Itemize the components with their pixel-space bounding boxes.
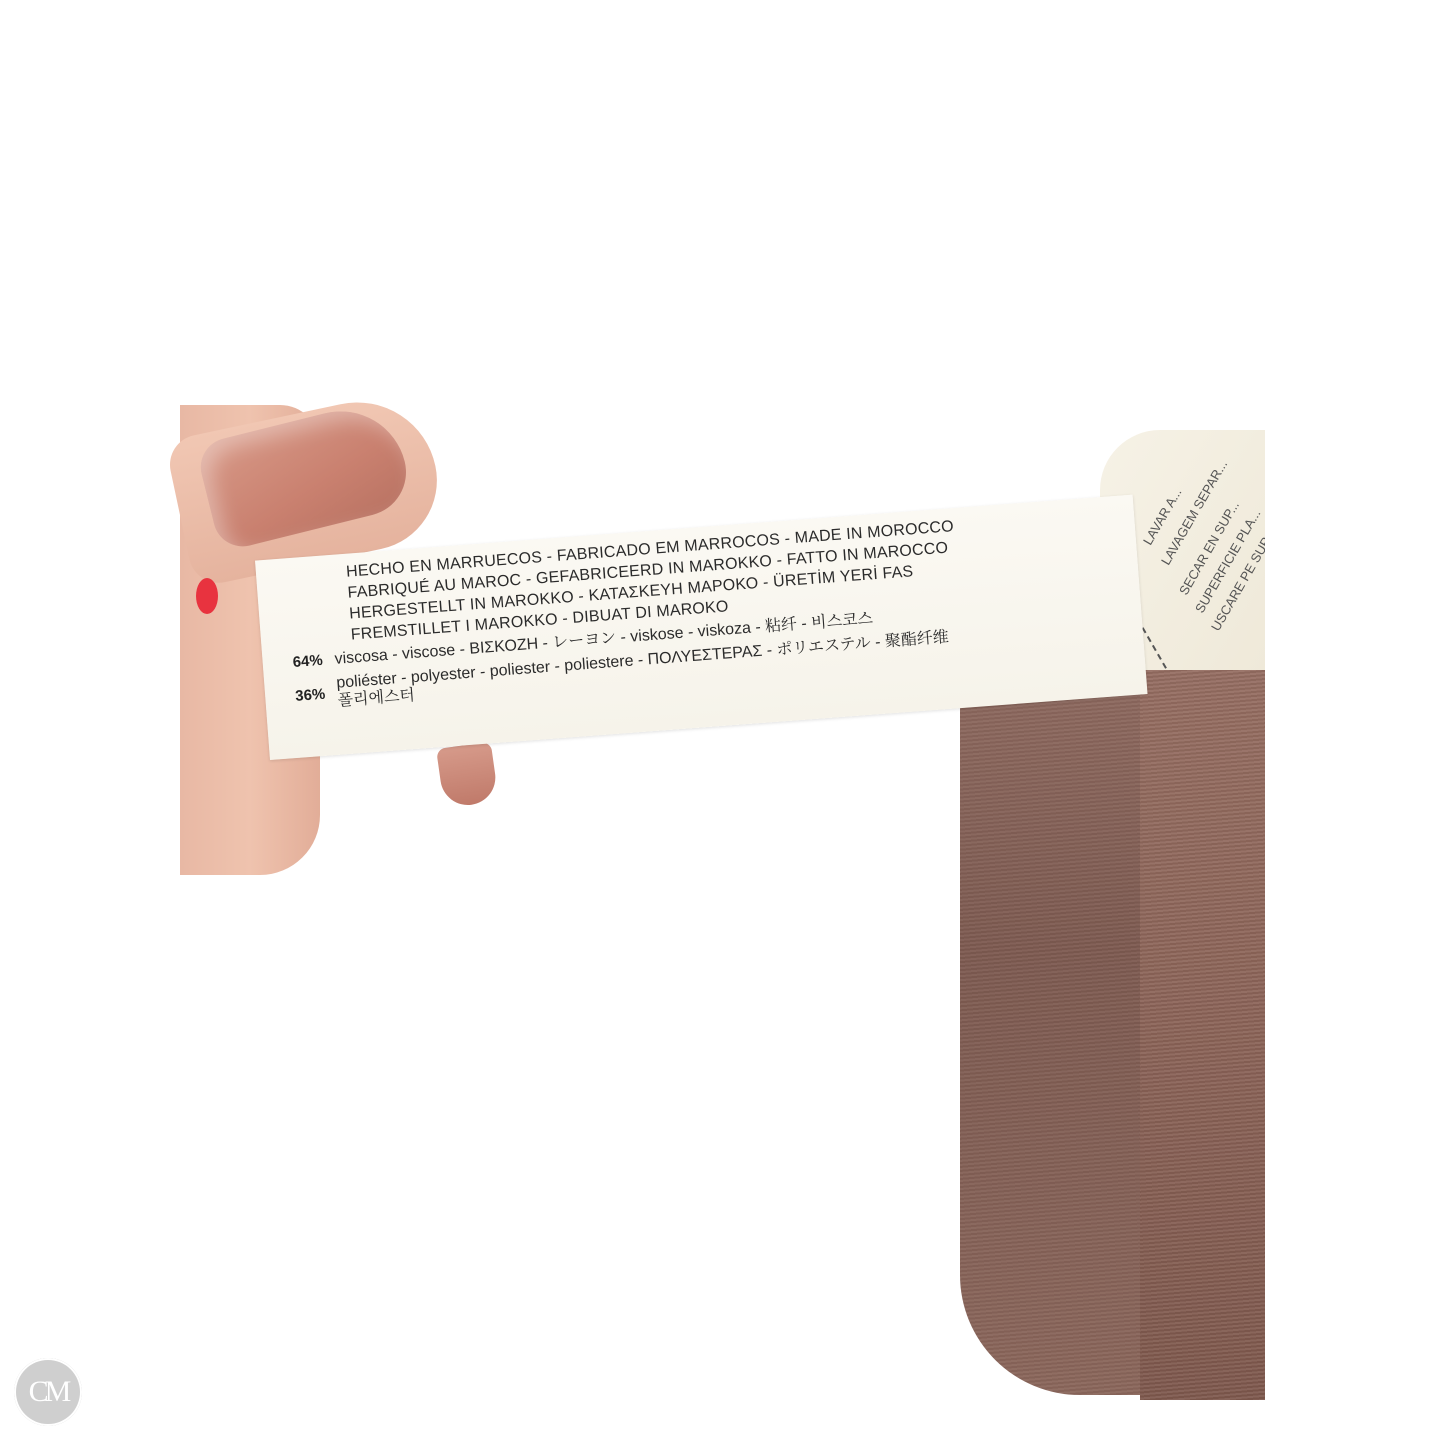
red-spot	[196, 578, 218, 614]
finger-nail	[436, 741, 499, 808]
watermark-logo: CM	[14, 1358, 82, 1426]
product-photo: LAVAR A... LAVAGEM SEPAR... SECAR EN SUP…	[0, 0, 1445, 1445]
watermark-text: CM	[29, 1375, 68, 1409]
composition-percent: 36%	[294, 675, 338, 705]
composition-percent: 64%	[292, 651, 335, 671]
